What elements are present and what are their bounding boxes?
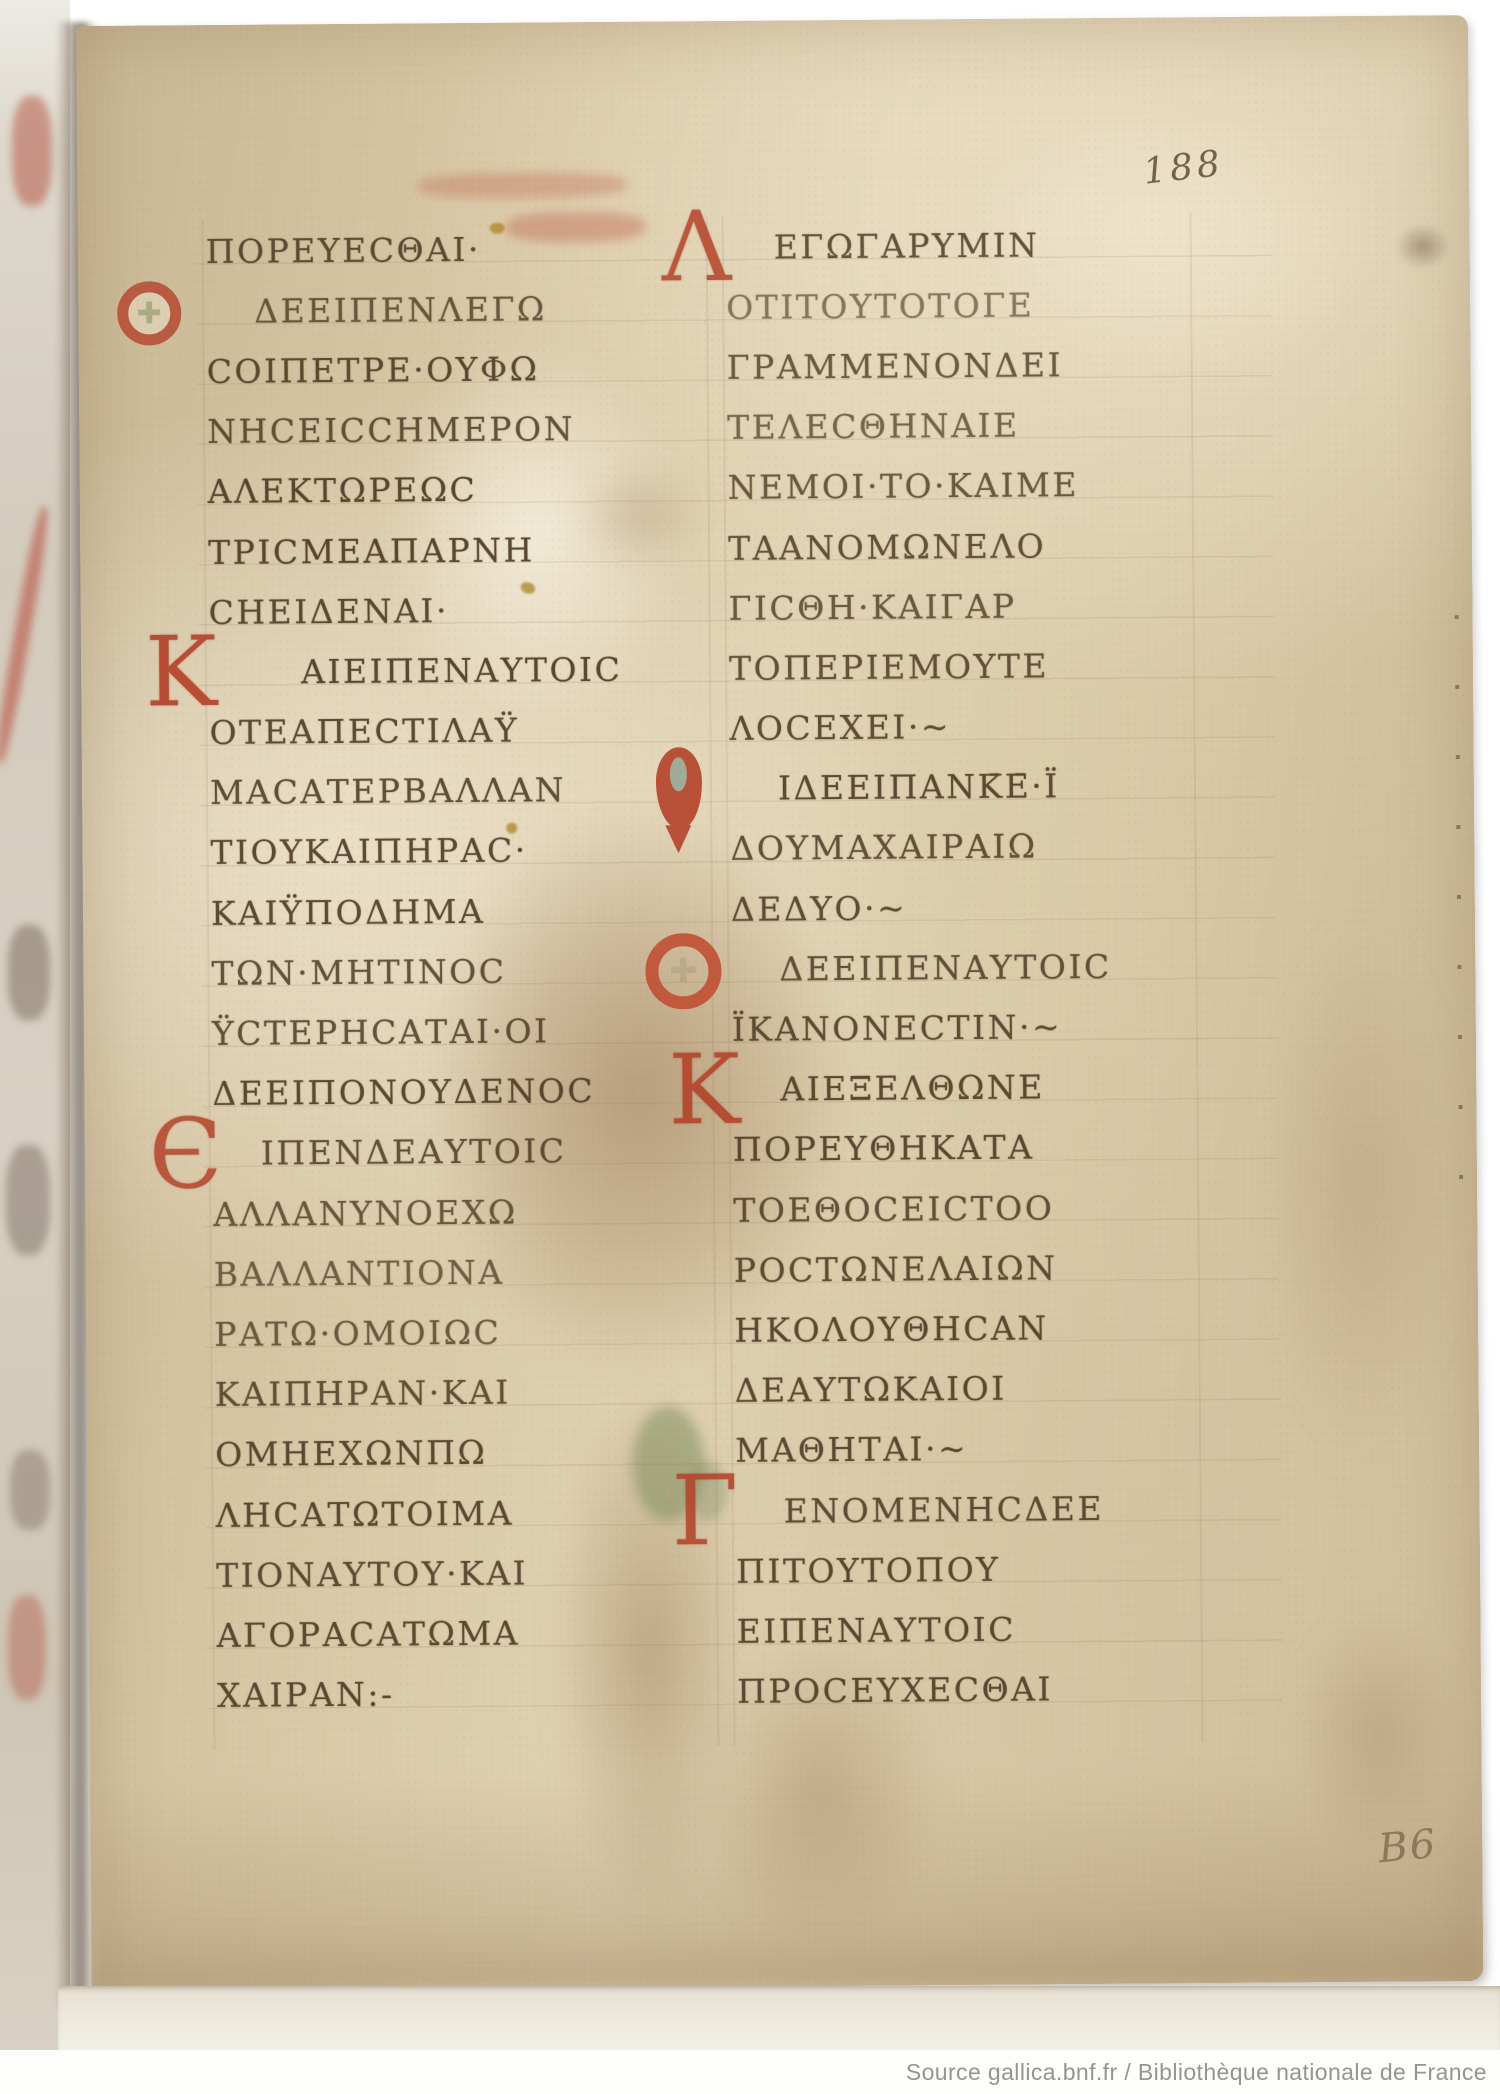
line-text: ΕΓΩΓΑΡΥΜΙΝ bbox=[726, 225, 1040, 266]
faded-rubric-header bbox=[417, 172, 627, 200]
text-line: ΚΑΙΫΠΟΔΗΜΑ bbox=[211, 879, 731, 943]
folio-number: 188 bbox=[1141, 143, 1226, 193]
pricking-holes bbox=[1455, 615, 1464, 1195]
rubric-initial-Ο bbox=[117, 281, 182, 346]
line-text: ΧΑΙΡΑΝ:- bbox=[217, 1675, 395, 1715]
text-line: ΤΟΕΘΟϹΕΙϹΤΟΟ bbox=[733, 1176, 1253, 1240]
text-line: ΟΤΙΤΟΥΤΟΤΟΓΕ bbox=[726, 273, 1246, 337]
rubric-initial-Κ: Κ bbox=[668, 1041, 740, 1138]
text-line: ΔΕΑΥΤΩΚΑΙΟΙ bbox=[735, 1356, 1255, 1420]
text-line: ΟΜΗΕΧΩΝΠΩ bbox=[215, 1421, 735, 1485]
text-line: ΤΙΟΥΚΑΙΠΗΡΑϹ· bbox=[210, 819, 730, 883]
fore-edge-rubric-mark bbox=[12, 96, 52, 206]
text-line: ΕΙΠΕΝΑΥΤΟΙϹ bbox=[736, 1597, 1256, 1661]
line-text: ΔΕΔΥΟ·~ bbox=[731, 888, 908, 928]
line-text: ΚΑΙΫΠΟΔΗΜΑ bbox=[211, 891, 486, 932]
line-text: ΟΜΗΕΧΩΝΠΩ bbox=[215, 1433, 487, 1474]
footer-attribution: Source gallica.bnf.fr / Bibliothèque nat… bbox=[906, 2059, 1487, 2086]
text-line: ΪΚΑΝΟΝΕϹΤΙΝ·~ bbox=[732, 995, 1252, 1059]
line-text: ΑΙΕΞΕΛΘΩΝΕ bbox=[732, 1068, 1045, 1109]
text-line: ΔΕΕΙΠΕΝΑΥΤΟΙϹ bbox=[731, 935, 1251, 999]
line-text: ΠΟΡΕΥΕϹΘΑΙ· bbox=[206, 229, 481, 270]
text-line: ΝΕΜΟΙ·ΤΟ·ΚΑΙΜΕ bbox=[727, 454, 1247, 518]
line-text: ΔΕΕΙΠΟΝΟΥΔΕΝΟϹ bbox=[212, 1071, 595, 1113]
parchment-page: 188 ΠΟΡΕΥΕϹΘΑΙ·ΔΕΕΙΠΕΝΛΕΓΩϹΟΙΠΕΤΡΕ·ΟΥΦΩΝ… bbox=[76, 15, 1483, 1992]
line-text: ΤΩΝ·ΜΗΤΙΝΟϹ bbox=[211, 951, 506, 992]
text-line: ΔΕΔΥΟ·~ bbox=[731, 875, 1251, 939]
fore-edge-ink-mark bbox=[8, 925, 50, 1020]
line-text: ΠΟΡΕΥΘΗΚΑΤΑ bbox=[733, 1128, 1035, 1169]
digitized-manuscript-photo: 188 ΠΟΡΕΥΕϹΘΑΙ·ΔΕΕΙΠΕΝΛΕΓΩϹΟΙΠΕΤΡΕ·ΟΥΦΩΝ… bbox=[0, 0, 1500, 2094]
fore-edge-rubric-mark bbox=[8, 1595, 46, 1700]
line-text: ΙΠΕΝΔΕΑΥΤΟΙϹ bbox=[213, 1132, 567, 1174]
line-text: ΚΑΙΠΗΡΑΝ·ΚΑΙ bbox=[215, 1373, 511, 1414]
text-line: ΑΛΛΑΝΥΝΟΕΧΩ bbox=[213, 1180, 733, 1244]
text-line: ΤΕΛΕϹΘΗΝΑΙΕ bbox=[727, 393, 1247, 457]
line-text: ΓΡΑΜΜΕΝΟΝΔΕΙ bbox=[727, 345, 1064, 387]
line-text: ΟΤΙΤΟΥΤΟΤΟΓΕ bbox=[726, 285, 1034, 326]
text-line: ΒΑΛΛΑΝΤΙΟΝΑ bbox=[214, 1240, 734, 1304]
text-line: ЄΙΠΕΝΔΕΑΥΤΟΙϹ bbox=[213, 1120, 733, 1184]
text-line: ΓΙϹΘΗ·ΚΑΙΓΑΡ bbox=[728, 574, 1248, 638]
line-text: ΤΑΑΝΟΜΩΝΕΛΟ bbox=[728, 526, 1046, 567]
line-text: ΑΛΛΑΝΥΝΟΕΧΩ bbox=[213, 1192, 518, 1233]
line-text: ΤΙΟΝΑΥΤΟΥ·ΚΑΙ bbox=[216, 1553, 528, 1594]
text-line: ΤΙΟΝΑΥΤΟΥ·ΚΑΙ bbox=[216, 1541, 736, 1605]
line-text: ΡΟϹΤΩΝΕΛΑΙΩΝ bbox=[734, 1248, 1058, 1290]
line-text: ΤΙΟΥΚΑΙΠΗΡΑϹ· bbox=[210, 831, 528, 872]
text-line: ΠΟΡΕΥΘΗΚΑΤΑ bbox=[733, 1116, 1253, 1180]
text-line: ΛΗϹΑΤΩΤΟΙΜΑ bbox=[215, 1481, 735, 1545]
text-line: ΜΑΘΗΤΑΙ·~ bbox=[735, 1417, 1255, 1481]
line-text: ΠΡΟϹΕΥΧΕϹΘΑΙ bbox=[737, 1669, 1053, 1710]
shelfmark-annotation: B6 bbox=[1376, 1821, 1439, 1872]
line-text: ΜΑΘΗΤΑΙ·~ bbox=[735, 1429, 968, 1470]
text-line: ΙΔΕΕΙΠΑΝΚ̄Ε̄·Ϊ bbox=[730, 754, 1250, 818]
rubric-initial-Є: Є bbox=[148, 1106, 222, 1203]
edge-ink-smudge bbox=[1386, 215, 1460, 278]
line-text: ΗΚΟΛΟΥΘΗϹΑΝ bbox=[734, 1308, 1049, 1349]
line-text: ΙΔΕΕΙΠΑΝΚ̄Ε̄·Ϊ bbox=[730, 767, 1060, 809]
fore-edge-ink-mark bbox=[10, 1450, 50, 1530]
line-text: ΓΙϹΘΗ·ΚΑΙΓΑΡ bbox=[728, 586, 1016, 627]
text-line: ΔΕΕΙΠΟΝΟΥΔΕΝΟϹ bbox=[212, 1060, 732, 1124]
line-text: ΠΙΤΟΥΤΟΠΟΥ bbox=[736, 1550, 1001, 1591]
text-line: ΚΑΙΕΞΕΛΘΩΝΕ bbox=[732, 1055, 1252, 1119]
line-text: ΑΛΕΚΤΩΡΕΩϹ bbox=[208, 470, 478, 511]
text-line: ΑΓΟΡΑϹΑΤΩΜΑ bbox=[216, 1601, 736, 1665]
line-text: ΤΕΛΕϹΘΗΝΑΙΕ bbox=[727, 406, 1020, 447]
rubric-initial-Κ: Κ bbox=[145, 624, 217, 721]
line-text: ΤΡΙϹΜΕΑΠΑΡΝΗ bbox=[208, 530, 535, 572]
text-line: ΠΟΡΕΥΕϹΘΑΙ· bbox=[206, 217, 726, 281]
gallica-footer: Source gallica.bnf.fr / Bibliothèque nat… bbox=[0, 2050, 1500, 2094]
text-line: ΔΟΥΜΑΧΑΙΡΑΙΩ bbox=[730, 815, 1250, 879]
text-line: ϹΗΕΙΔΕΝΑΙ· bbox=[208, 578, 728, 642]
text-line: ΡΑΤΩ·ΟΜΟΙΩϹ bbox=[214, 1300, 734, 1364]
text-line: ΠΙΤΟΥΤΟΠΟΥ bbox=[736, 1537, 1256, 1601]
text-line: ΤΟΠΕΡΙΕΜΟΥΤΕ bbox=[729, 634, 1249, 698]
line-text: ϹΟΙΠΕΤΡΕ·ΟΥΦΩ bbox=[207, 349, 540, 391]
line-text: ΒΑΛΛΑΝΤΙΟΝΑ bbox=[214, 1252, 505, 1293]
text-line: ΗΚΟΛΟΥΘΗϹΑΝ bbox=[734, 1296, 1254, 1360]
text-line: ΤΑΑΝΟΜΩΝΕΛΟ bbox=[728, 514, 1248, 578]
line-text: ΟΤΕΑΠΕϹΤΙΛΑΫ bbox=[209, 711, 519, 752]
text-line: ΑΛΕΚΤΩΡΕΩϹ bbox=[207, 458, 727, 522]
text-line: ΛΕΓΩΓΑΡΥΜΙΝ bbox=[726, 213, 1246, 277]
line-text: ΔΕΕΙΠΕΝΛΕΓΩ bbox=[206, 289, 547, 331]
text-line: ΧΑΙΡΑΝ:- bbox=[217, 1661, 737, 1725]
line-text: ΡΑΤΩ·ΟΜΟΙΩϹ bbox=[214, 1313, 501, 1354]
text-line: ΚΑΙΕΙΠΕΝΑΥΤΟΙϹ bbox=[209, 638, 729, 702]
text-line: ΠΡΟϹΕΥΧΕϹΘΑΙ bbox=[737, 1657, 1257, 1721]
line-text: ΝΕΜΟΙ·ΤΟ·ΚΑΙΜΕ bbox=[727, 465, 1079, 507]
line-text: ΤΟΕΘΟϹΕΙϹΤΟΟ bbox=[733, 1188, 1054, 1230]
bottom-edge-darkening bbox=[90, 1765, 1484, 1992]
text-line: ϹΟΙΠΕΤΡΕ·ΟΥΦΩ bbox=[206, 337, 726, 401]
text-line: ΛΟϹΕΧΕΙ·~ bbox=[729, 694, 1249, 758]
page-bottom-backing bbox=[58, 1986, 1500, 2052]
line-text: ΜΑϹΑΤΕΡΒΑΛΛΑΝ bbox=[210, 770, 566, 812]
line-text: ΫϹΤΕΡΗϹΑΤΑΙ·ΟΙ bbox=[212, 1011, 550, 1053]
line-text: ϹΗΕΙΔΕΝΑΙ· bbox=[208, 591, 449, 632]
text-line: ΓΕΝΟΜΕΝΗϹΔΕΕ bbox=[735, 1477, 1255, 1541]
line-text: ΔΟΥΜΑΧΑΙΡΑΙΩ bbox=[730, 827, 1037, 868]
text-line: ΡΟϹΤΩΝΕΛΑΙΩΝ bbox=[734, 1236, 1254, 1300]
line-text: ΤΟΠΕΡΙΕΜΟΥΤΕ bbox=[729, 646, 1049, 688]
line-text: ΔΕΑΥΤΩΚΑΙΟΙ bbox=[735, 1369, 1007, 1410]
text-line: ΤΡΙϹΜΕΑΠΑΡΝΗ bbox=[208, 518, 728, 582]
fore-edge-rubric-mark bbox=[0, 506, 52, 765]
rubric-initial-Λ: Λ bbox=[661, 199, 731, 296]
fore-edge-ink-mark bbox=[6, 1145, 50, 1255]
line-text: ΑΓΟΡΑϹΑΤΩΜΑ bbox=[216, 1613, 520, 1654]
line-text: ΛΗϹΑΤΩΤΟΙΜΑ bbox=[216, 1493, 515, 1534]
text-line: ΚΑΙΠΗΡΑΝ·ΚΑΙ bbox=[215, 1360, 735, 1424]
line-text: ΝΗϹΕΙϹϹΗΜΕΡΟΝ bbox=[207, 409, 575, 451]
line-text: ΕΝΟΜΕΝΗϹΔΕΕ bbox=[736, 1489, 1105, 1531]
text-column-right: ΛΕΓΩΓΑΡΥΜΙΝΟΤΙΤΟΥΤΟΤΟΓΕΓΡΑΜΜΕΝΟΝΔΕΙΤΕΛΕϹ… bbox=[726, 213, 1258, 1722]
text-line: ΫϹΤΕΡΗϹΑΤΑΙ·ΟΙ bbox=[212, 999, 732, 1063]
text-line: ΜΑϹΑΤΕΡΒΑΛΛΑΝ bbox=[210, 759, 730, 823]
line-text: ΔΕΕΙΠΕΝΑΥΤΟΙϹ bbox=[731, 947, 1112, 989]
text-line: ΓΡΑΜΜΕΝΟΝΔΕΙ bbox=[726, 333, 1246, 397]
line-text: ΕΙΠΕΝΑΥΤΟΙϹ bbox=[736, 1610, 1016, 1651]
text-line: ΔΕΕΙΠΕΝΛΕΓΩ bbox=[206, 277, 726, 341]
line-text: ΑΙΕΙΠΕΝΑΥΤΟΙϹ bbox=[209, 650, 622, 692]
line-text: ΛΟϹΕΧΕΙ·~ bbox=[729, 707, 951, 748]
text-line: ΝΗϹΕΙϹϹΗΜΕΡΟΝ bbox=[207, 397, 727, 461]
line-text: ΪΚΑΝΟΝΕϹΤΙΝ·~ bbox=[732, 1007, 1063, 1049]
rubric-initial-Γ: Γ bbox=[671, 1463, 738, 1560]
text-line: ΟΤΕΑΠΕϹΤΙΛΑΫ bbox=[209, 698, 729, 762]
